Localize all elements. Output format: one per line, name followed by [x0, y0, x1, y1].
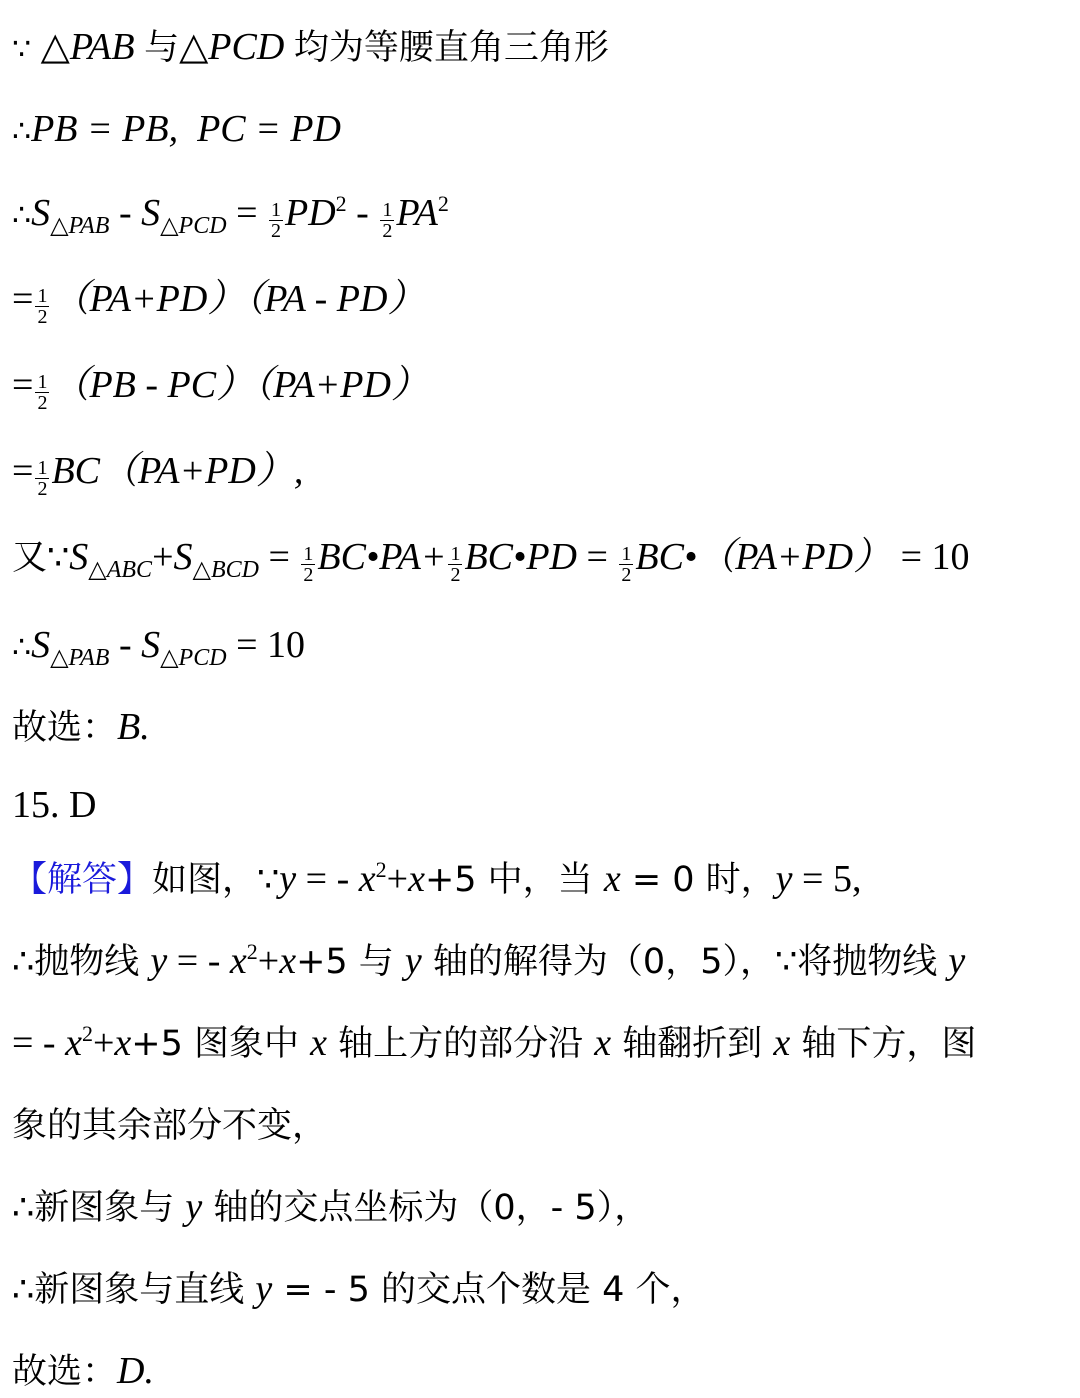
- line-factor-step-1: =12（PA+PD）（PA - PD）: [12, 276, 425, 322]
- equals-sign: =: [259, 536, 299, 578]
- math-var: x: [359, 858, 376, 900]
- math-var: x: [408, 858, 425, 900]
- line-intersection-count: ∴新图象与直线 y = - 5 的交点个数是 4 个，: [12, 1266, 706, 1312]
- line-area-result: ∴S△PAB - S△PCD = 10: [12, 622, 305, 668]
- text: 轴下方，图: [790, 1024, 976, 1064]
- answer-label: 故选：: [12, 708, 117, 748]
- area-symbol: S: [141, 192, 160, 234]
- text: = -: [167, 940, 230, 982]
- math-var: x: [65, 1022, 82, 1064]
- text: 轴翻折到: [611, 1024, 773, 1064]
- fraction-numerator: 1: [380, 200, 394, 221]
- area-subscript: △PAB: [50, 213, 109, 239]
- term-pa: PA: [396, 192, 438, 234]
- fraction-half: 12: [35, 286, 49, 327]
- fraction-denominator: 2: [269, 221, 283, 241]
- exponent: 2: [82, 1021, 93, 1046]
- math-var: x: [114, 1022, 131, 1064]
- math-var: x: [604, 858, 621, 900]
- plus-sign: +: [152, 536, 173, 578]
- fraction-denominator: 2: [380, 221, 394, 241]
- fraction-denominator: 2: [35, 393, 49, 413]
- area-subscript: △ABC: [88, 557, 152, 583]
- expression: （PA+PD）（PA - PD）: [51, 278, 425, 320]
- minus-sign: -: [109, 192, 141, 234]
- line-parabola-intercept: ∴抛物线 y = - x2+x+5 与 y 轴的解得为（0，5），∵将抛物线 y: [12, 938, 965, 984]
- math-var: x: [230, 940, 247, 982]
- term-pd: PD: [285, 192, 336, 234]
- exponent: 2: [336, 191, 347, 216]
- result: = 10: [227, 624, 305, 666]
- therefore-symbol: ∴: [12, 114, 31, 149]
- fraction-numerator: 1: [301, 544, 315, 565]
- math-var: x: [310, 1022, 327, 1064]
- exponent: 2: [247, 939, 258, 964]
- line-factor-step-3: =12BC（PA+PD）,: [12, 448, 303, 494]
- text: = 5,: [793, 858, 862, 900]
- area-subscript: △BCD: [193, 557, 259, 583]
- math-var: y: [948, 940, 965, 982]
- conjunction: 与: [144, 28, 179, 68]
- text: = - 5 的交点个数是 4 个，: [272, 1270, 705, 1310]
- fraction-half: 12: [35, 458, 49, 499]
- math-var: y: [185, 1186, 202, 1228]
- answer-value: D.: [117, 1350, 154, 1392]
- fraction-half: 12: [35, 372, 49, 413]
- fraction-numerator: 1: [35, 458, 49, 479]
- fraction-half: 12: [448, 544, 462, 585]
- text: +5 与: [296, 942, 405, 982]
- premise-text: 均为等腰直角三角形: [294, 28, 609, 68]
- answer-label: 故选：: [12, 1352, 117, 1392]
- text: = -: [296, 858, 359, 900]
- equals-sign: =: [12, 364, 33, 406]
- minus-sign: -: [109, 624, 141, 666]
- equals-sign: =: [12, 450, 33, 492]
- term: BC•（PA+PD）: [635, 536, 891, 578]
- line-factor-step-2: =12（PB - PC）（PA+PD）: [12, 362, 429, 408]
- text: 象的其余部分不变，: [12, 1106, 327, 1146]
- math-var: y: [776, 858, 793, 900]
- text: ∴新图象与直线: [12, 1270, 255, 1310]
- line-answer-15: 故选：D.: [12, 1348, 154, 1394]
- solution-tag: 【解答】: [12, 860, 152, 900]
- expression: BC（PA+PD）,: [51, 450, 303, 492]
- area-symbol: S: [31, 192, 50, 234]
- area-subscript: △PAB: [50, 645, 109, 671]
- triangle-pcd: △PCD: [179, 26, 284, 68]
- line-fold-description: = - x2+x+5 图象中 x 轴上方的部分沿 x 轴翻折到 x 轴下方，图: [12, 1020, 976, 1066]
- text: = -: [12, 1022, 65, 1064]
- fraction-numerator: 1: [35, 286, 49, 307]
- because-symbol: ∵: [12, 32, 31, 67]
- fraction-half: 12: [619, 544, 633, 585]
- fraction-half: 12: [301, 544, 315, 585]
- text: +: [93, 1022, 114, 1064]
- line-area-difference: ∴S△PAB - S△PCD = 12PD2 - 12PA2: [12, 190, 449, 236]
- term: BC•PA+: [317, 536, 446, 578]
- fraction-numerator: 1: [269, 200, 283, 221]
- math-var: y: [255, 1268, 272, 1310]
- text: +: [258, 940, 279, 982]
- fraction-numerator: 1: [619, 544, 633, 565]
- line-equal-sides: ∴PB = PB, PC = PD: [12, 106, 341, 152]
- expression: （PB - PC）（PA+PD）: [51, 364, 428, 406]
- math-var: y: [279, 858, 296, 900]
- text: +5 中，当: [425, 860, 604, 900]
- area-symbol: S: [69, 536, 88, 578]
- text: 如图，∵: [152, 860, 279, 900]
- text: 轴的解得为（0，5），∵将抛物线: [422, 942, 949, 982]
- area-symbol: S: [174, 536, 193, 578]
- fraction-numerator: 1: [448, 544, 462, 565]
- equation-pb: PB = PB,: [31, 108, 178, 150]
- line-answer-14: 故选：B.: [12, 704, 150, 750]
- fraction-half: 12: [269, 200, 283, 241]
- exponent: 2: [438, 191, 449, 216]
- minus-sign: -: [347, 192, 379, 234]
- text: +5 图象中: [131, 1024, 310, 1064]
- fraction-denominator: 2: [35, 479, 49, 499]
- term: BC•PD: [464, 536, 577, 578]
- text: ∴抛物线: [12, 942, 150, 982]
- math-var: x: [594, 1022, 611, 1064]
- fraction-denominator: 2: [301, 565, 315, 585]
- question-number-answer: 15. D: [12, 784, 96, 826]
- math-var: y: [150, 940, 167, 982]
- fraction-denominator: 2: [448, 565, 462, 585]
- therefore-symbol: ∴: [12, 630, 31, 665]
- triangle-pab: △PAB: [41, 26, 135, 68]
- answer-value: B.: [117, 706, 150, 748]
- fraction-denominator: 2: [35, 307, 49, 327]
- line-area-sum: 又∵S△ABC+S△BCD = 12BC•PA+12BC•PD = 12BC•（…: [12, 534, 970, 580]
- equals-sign: =: [12, 278, 33, 320]
- fraction-numerator: 1: [35, 372, 49, 393]
- area-symbol: S: [141, 624, 160, 666]
- exponent: 2: [376, 857, 387, 882]
- text: +: [387, 858, 408, 900]
- also-because: 又∵: [12, 538, 69, 578]
- equals-sign: =: [577, 536, 617, 578]
- equation-pc: PC = PD: [197, 108, 341, 150]
- text: 轴的交点坐标为（0，- 5），: [202, 1188, 649, 1228]
- area-subscript: △PCD: [160, 645, 226, 671]
- fraction-denominator: 2: [619, 565, 633, 585]
- text: = 0 时，: [621, 860, 776, 900]
- text: 轴上方的部分沿: [327, 1024, 594, 1064]
- area-subscript: △PCD: [160, 213, 226, 239]
- math-var: y: [405, 940, 422, 982]
- text: ∴新图象与: [12, 1188, 185, 1228]
- result: = 10: [891, 536, 969, 578]
- line-solution-intro: 【解答】如图，∵y = - x2+x+5 中，当 x = 0 时，y = 5,: [12, 856, 861, 902]
- therefore-symbol: ∴: [12, 198, 31, 233]
- math-var: x: [773, 1022, 790, 1064]
- question-15-heading: 15. D: [12, 782, 96, 828]
- line-new-intercept: ∴新图象与 y 轴的交点坐标为（0，- 5），: [12, 1184, 649, 1230]
- area-symbol: S: [31, 624, 50, 666]
- line-rest-unchanged: 象的其余部分不变，: [12, 1102, 327, 1148]
- fraction-half: 12: [380, 200, 394, 241]
- equals-sign: =: [227, 192, 267, 234]
- line-isosceles-premise: ∵ △PAB 与△PCD 均为等腰直角三角形: [12, 24, 609, 70]
- math-var: x: [279, 940, 296, 982]
